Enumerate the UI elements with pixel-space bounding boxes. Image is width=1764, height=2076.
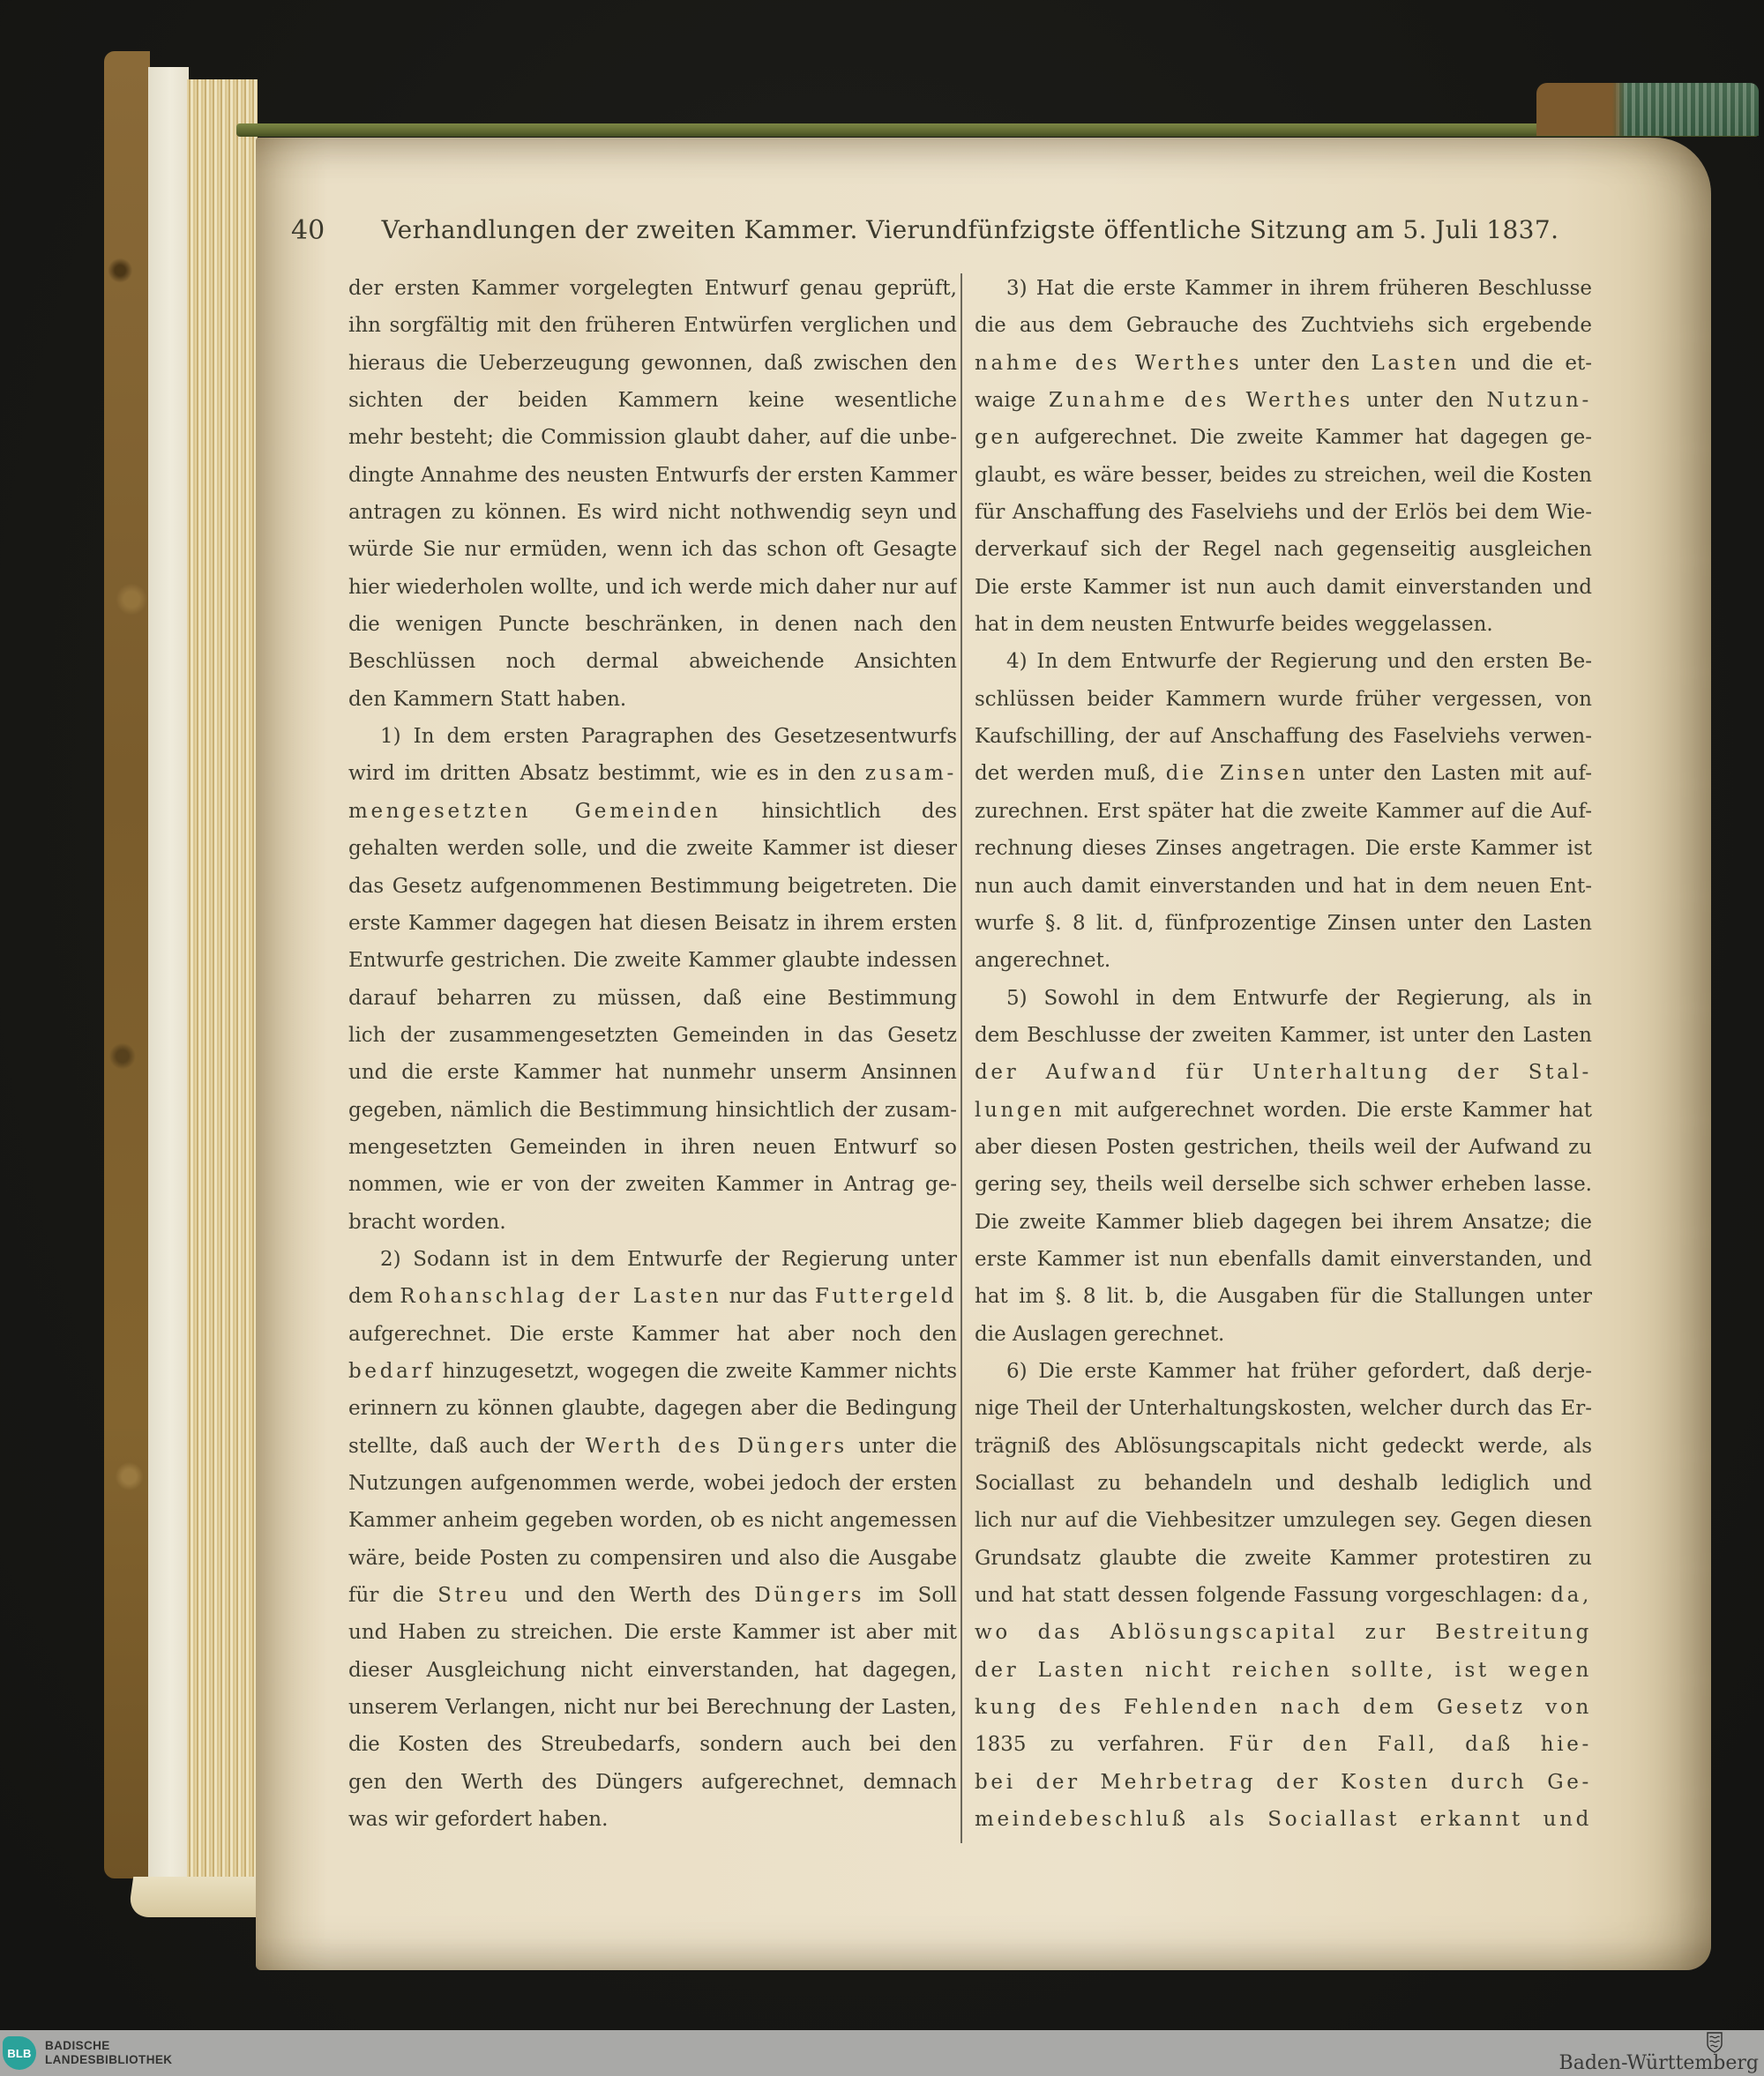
text-line: trägniß des Ablösungscapitals nicht gede… <box>975 1428 1592 1465</box>
book-scan-viewport: 40 Verhandlungen der zweiten Kammer. Vie… <box>0 0 1764 2076</box>
text-line: Die zweite Kammer blieb dagegen bei ihre… <box>975 1204 1592 1241</box>
text-line: stellte, daß auch der Werth des Düngers … <box>348 1428 957 1465</box>
text-line: und hat statt dessen folgende Fassung vo… <box>975 1577 1592 1614</box>
text-line: lich nur auf die Viehbesitzer umzulegen … <box>975 1502 1592 1539</box>
library-footer-bar: BLB BADISCHE LANDESBIBLIOTHEK Baden-Würt… <box>0 2030 1764 2076</box>
text-line: dem Rohanschlag der Lasten nur das Futte… <box>348 1278 957 1315</box>
text-line: derverkauf sich der Regel nach gegenseit… <box>975 531 1592 568</box>
text-line: det werden muß, die Zinsen unter den Las… <box>975 755 1592 792</box>
text-line: 6) Die erste Kammer hat früher gefordert… <box>975 1353 1592 1390</box>
blb-logo: BLB <box>3 2036 36 2070</box>
text-line: gen aufgerechnet. Die zweite Kammer hat … <box>975 419 1592 456</box>
text-line: mengesetzten Gemeinden in ihren neuen En… <box>348 1129 957 1166</box>
text-line: zurechnen. Erst später hat die zweite Ka… <box>975 793 1592 830</box>
text-line: gering sey, theils weil derselbe sich sc… <box>975 1166 1592 1203</box>
text-line: erinnern zu können glaubte, dagegen aber… <box>348 1390 957 1427</box>
text-line: ihn sorgfältig mit den früheren Entwürfe… <box>348 307 957 344</box>
text-line: rechnung dieses Zinses angetragen. Die e… <box>975 830 1592 867</box>
text-line: 3) Hat die erste Kammer in ihrem frühere… <box>975 270 1592 307</box>
text-line: die aus dem Gebrauche des Zuchtviehs sic… <box>975 307 1592 344</box>
text-line: aber diesen Posten gestrichen, theils we… <box>975 1129 1592 1166</box>
text-line: Grundsatz glaubte die zweite Kammer prot… <box>975 1540 1592 1577</box>
text-line: Kammer anheim gegeben worden, ob es nich… <box>348 1502 957 1539</box>
text-line: und die erste Kammer hat nunmehr unserm … <box>348 1054 957 1091</box>
text-line: 5) Sowohl in dem Entwurfe der Regierung,… <box>975 980 1592 1017</box>
book-top-edge <box>236 123 1759 137</box>
text-line: mengesetzten Gemeinden hinsichtlich des … <box>348 793 957 830</box>
library-name-line2: LANDESBIBLIOTHEK <box>45 2053 172 2067</box>
page-number: 40 <box>291 215 325 246</box>
text-line: glaubt, es wäre besser, beides zu streic… <box>975 457 1592 494</box>
book-endpaper-edge <box>148 67 189 1887</box>
text-line: würde Sie nur ermüden, wenn ich das scho… <box>348 531 957 568</box>
book-headband-corner <box>1536 83 1759 136</box>
text-line: hat in dem neusten Entwurfe beides wegge… <box>975 606 1592 643</box>
text-line: unserem Verlangen, nicht nur bei Berechn… <box>348 1689 957 1726</box>
text-line: nahme des Werthes unter den Lasten und d… <box>975 345 1592 382</box>
text-line: den Kammern Statt haben. <box>348 681 957 718</box>
text-line: 4) In dem Entwurfe der Regierung und den… <box>975 643 1592 680</box>
baden-wuerttemberg-label: Baden-Württemberg <box>1559 2053 1759 2074</box>
text-line: gehalten werden solle, und die zweite Ka… <box>348 830 957 867</box>
text-line: wird im dritten Absatz bestimmt, wie es … <box>348 755 957 792</box>
text-line: und Haben zu streichen. Die erste Kammer… <box>348 1614 957 1651</box>
text-line: der Lasten nicht reichen sollte, ist weg… <box>975 1652 1592 1689</box>
text-line: die wenigen Puncte beschränken, in denen… <box>348 606 957 643</box>
column-divider-rule <box>960 273 962 1843</box>
baden-wuerttemberg-mark: Baden-Württemberg <box>1559 2032 1760 2074</box>
page-fore-edges <box>187 79 258 1907</box>
book-page: 40 Verhandlungen der zweiten Kammer. Vie… <box>256 138 1711 1970</box>
text-line: wo das Ablösungscapital zur Bestreitung <box>975 1614 1592 1651</box>
text-line: aufgerechnet. Die erste Kammer hat aber … <box>348 1316 957 1353</box>
text-line: gegeben, nämlich die Bestimmung hinsicht… <box>348 1092 957 1129</box>
text-line: Entwurfe gestrichen. Die zweite Kammer g… <box>348 942 957 979</box>
baden-wuerttemberg-crest-icon <box>1706 2032 1723 2053</box>
text-line: gen den Werth des Düngers aufgerechnet, … <box>348 1764 957 1801</box>
text-line: Sociallast zu behandeln und deshalb ledi… <box>975 1465 1592 1502</box>
text-line: schlüssen beider Kammern wurde früher ve… <box>975 681 1592 718</box>
text-line: nommen, wie er von der zweiten Kammer in… <box>348 1166 957 1203</box>
text-line: nun auch damit einverstanden und hat in … <box>975 868 1592 905</box>
text-line: lich der zusammengesetzten Gemeinden in … <box>348 1017 957 1054</box>
text-line: wäre, beide Posten zu compensiren und al… <box>348 1540 957 1577</box>
text-line: der Aufwand für Unterhaltung der Stal- <box>975 1054 1592 1091</box>
text-line: 2) Sodann ist in dem Entwurfe der Regier… <box>348 1241 957 1278</box>
text-line: hat im §. 8 lit. b, die Ausgaben für die… <box>975 1278 1592 1315</box>
text-line: nige Theil der Unterhaltungskosten, welc… <box>975 1390 1592 1427</box>
text-line: 1835 zu verfahren. Für den Fall, daß hie… <box>975 1726 1592 1763</box>
text-line: meindebeschluß als Sociallast erkannt un… <box>975 1801 1592 1838</box>
text-line: hieraus die Ueberzeugung gewonnen, daß z… <box>348 345 957 382</box>
text-line: hier wiederholen wollte, und ich werde m… <box>348 569 957 606</box>
text-line: darauf beharren zu müssen, daß eine Best… <box>348 980 957 1017</box>
text-line: die Kosten des Streubedarfs, sondern auc… <box>348 1726 957 1763</box>
text-line: bei der Mehrbetrag der Kosten durch Ge- <box>975 1764 1592 1801</box>
text-line: bracht worden. <box>348 1204 957 1241</box>
text-line: sichten der beiden Kammern keine wesentl… <box>348 382 957 419</box>
text-line: Nutzungen aufgenommen werde, wobei jedoc… <box>348 1465 957 1502</box>
text-line: erste Kammer dagegen hat diesen Beisatz … <box>348 905 957 942</box>
text-line: angerechnet. <box>975 942 1592 979</box>
text-line: mehr besteht; die Commission glaubt dahe… <box>348 419 957 456</box>
running-title: Verhandlungen der zweiten Kammer. Vierun… <box>353 215 1588 244</box>
text-line: für Anschaffung des Faselviehs und der E… <box>975 494 1592 531</box>
text-line: was wir gefordert haben. <box>348 1801 957 1838</box>
text-line: antragen zu können. Es wird nicht nothwe… <box>348 494 957 531</box>
text-line: dingte Annahme des neusten Entwurfs der … <box>348 457 957 494</box>
text-line: dem Beschlusse der zweiten Kammer, ist u… <box>975 1017 1592 1054</box>
text-line: kung des Fehlenden nach dem Gesetz von <box>975 1689 1592 1726</box>
text-line: Die erste Kammer ist nun auch damit einv… <box>975 569 1592 606</box>
text-line: bedarf hinzugesetzt, wogegen die zweite … <box>348 1353 957 1390</box>
text-line: Beschlüssen noch dermal abweichende Ansi… <box>348 643 957 680</box>
text-line: die Auslagen gerechnet. <box>975 1316 1592 1353</box>
text-line: erste Kammer ist nun ebenfalls damit ein… <box>975 1241 1592 1278</box>
text-column-right: 3) Hat die erste Kammer in ihrem frühere… <box>975 270 1592 1838</box>
text-line: das Gesetz aufgenommenen Bestimmung beig… <box>348 868 957 905</box>
library-name: BADISCHE LANDESBIBLIOTHEK <box>45 2039 172 2067</box>
text-line: dieser Ausgleichung nicht einverstanden,… <box>348 1652 957 1689</box>
library-name-line1: BADISCHE <box>45 2039 172 2053</box>
text-line: 1) In dem ersten Paragraphen des Gesetze… <box>348 718 957 755</box>
text-line: lungen mit aufgerechnet worden. Die erst… <box>975 1092 1592 1129</box>
text-line: wurfe §. 8 lit. d, fünfprozentige Zinsen… <box>975 905 1592 942</box>
text-column-left: der ersten Kammer vorgelegten Entwurf ge… <box>348 270 957 1838</box>
text-line: der ersten Kammer vorgelegten Entwurf ge… <box>348 270 957 307</box>
text-line: waige Zunahme des Werthes unter den Nutz… <box>975 382 1592 419</box>
text-line: Kaufschilling, der auf Anschaffung des F… <box>975 718 1592 755</box>
text-line: für die Streu und den Werth des Düngers … <box>348 1577 957 1614</box>
book-cover-marbled-edge <box>104 51 150 1878</box>
